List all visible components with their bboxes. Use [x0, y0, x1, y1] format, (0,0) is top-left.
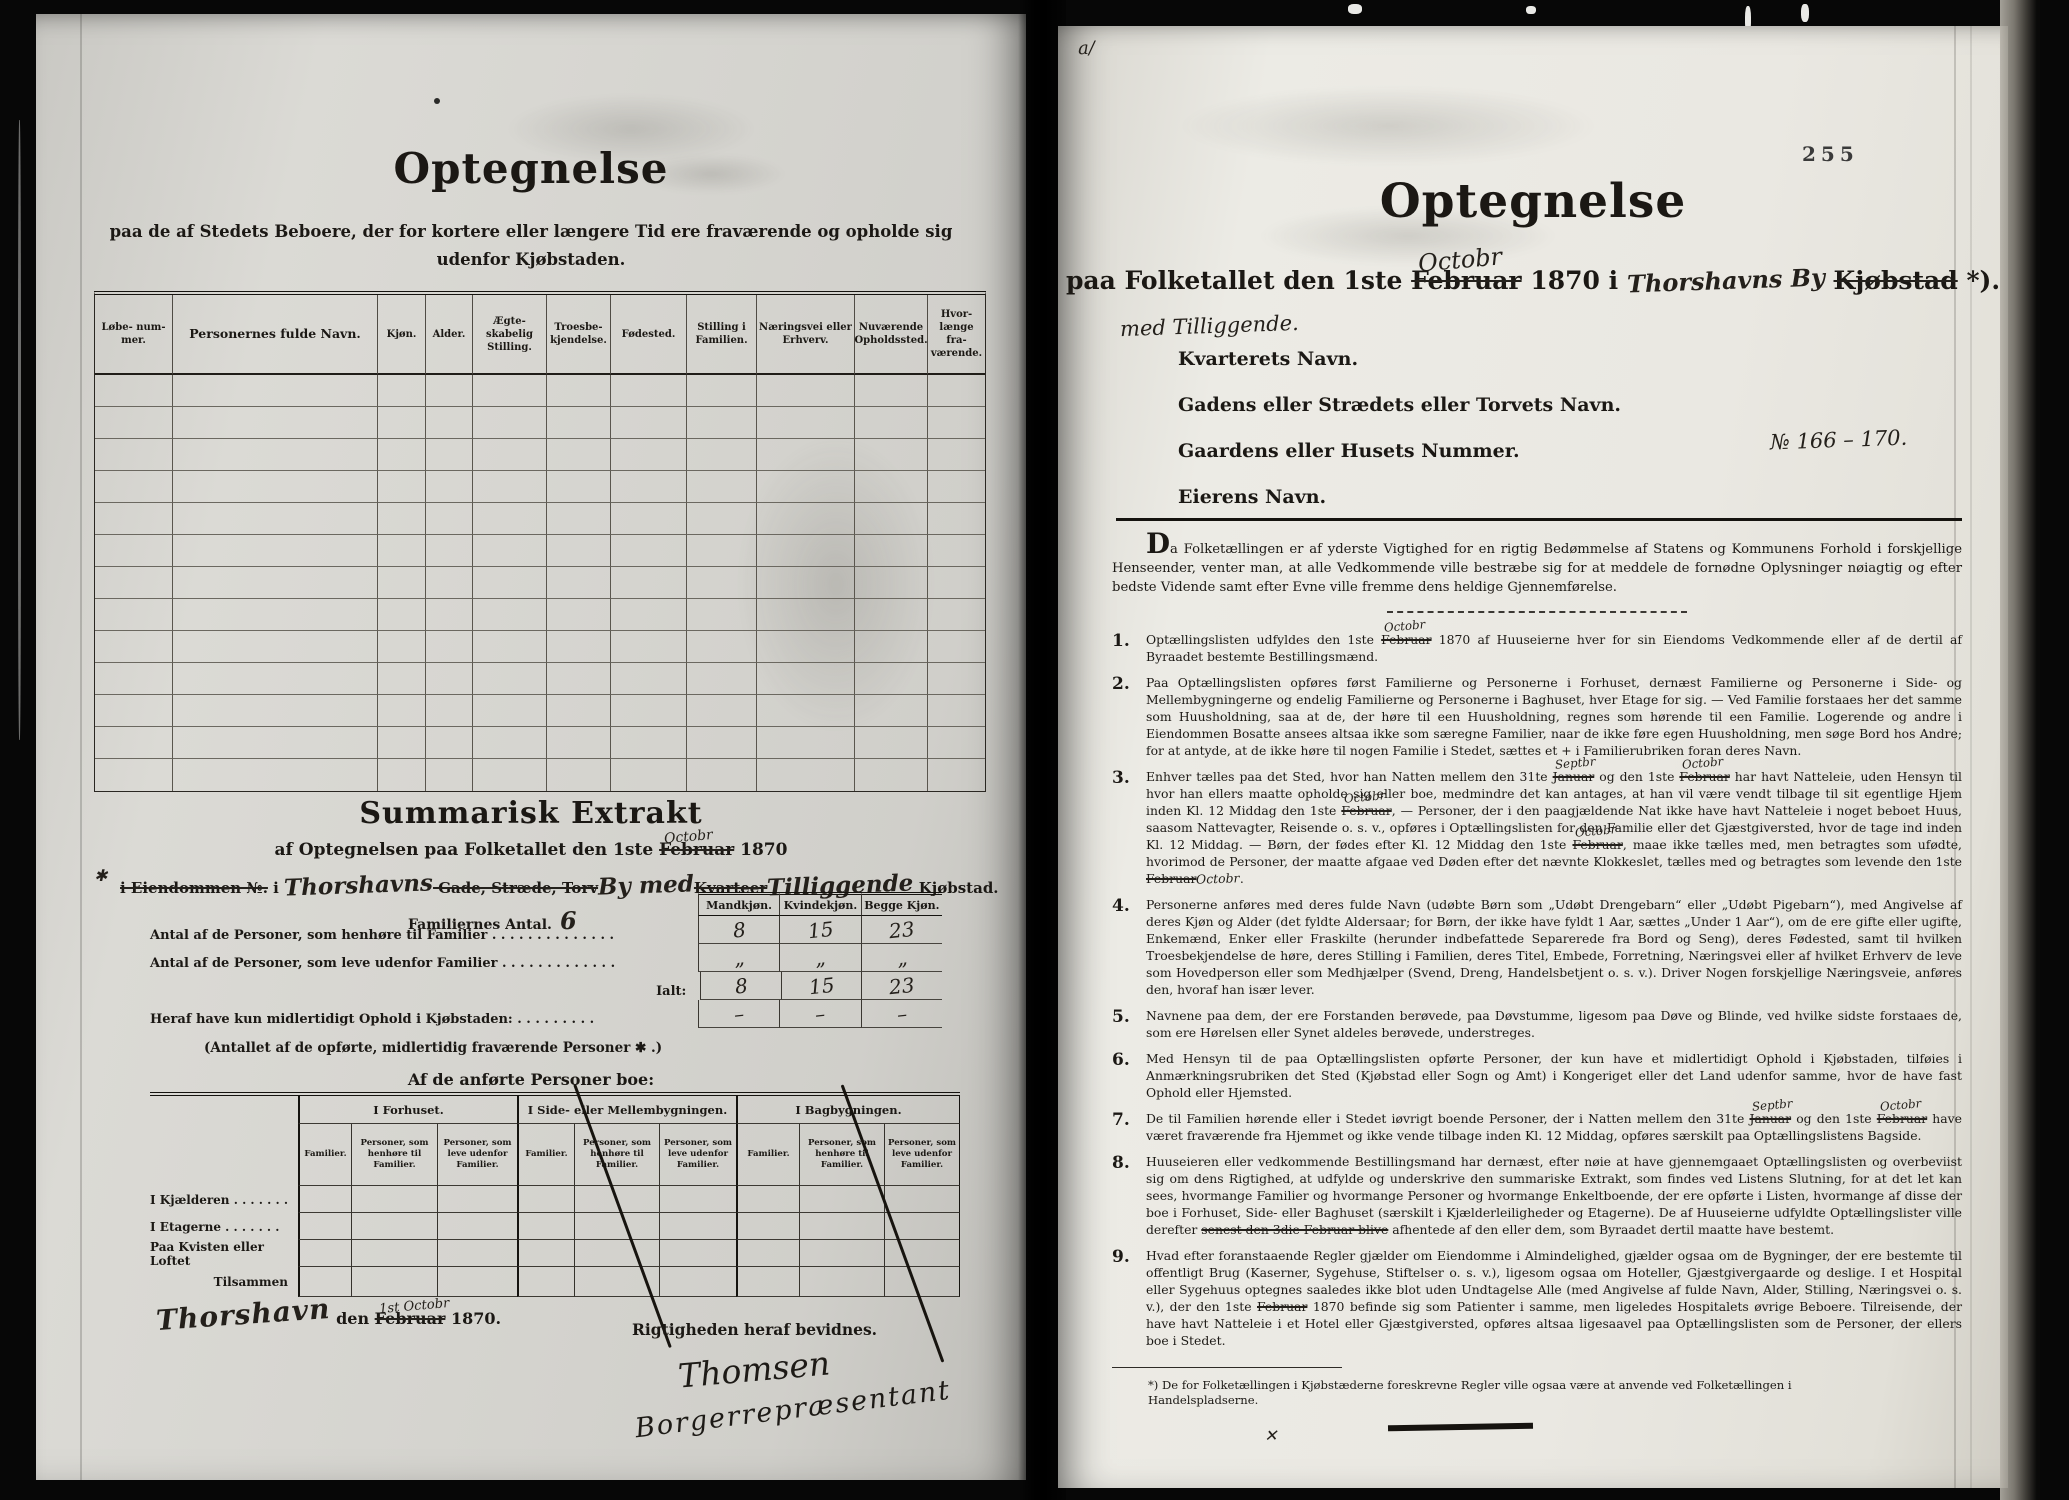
- mini-value-cell: 23: [861, 916, 942, 944]
- residence-empty-cell: [517, 1213, 574, 1240]
- struck-word-with-correction: OctobrFebruar: [1572, 836, 1622, 853]
- column-header: Kjøn.: [378, 295, 426, 375]
- empty-cell: [855, 759, 928, 791]
- empty-cell: [95, 503, 173, 535]
- handwritten-value: „: [895, 945, 908, 970]
- empty-cell: [757, 535, 855, 567]
- empty-cell: [473, 375, 547, 407]
- printed-text: og den 1ste: [1594, 769, 1679, 784]
- intro-paragraph: Da Folketællingen er af yderste Vigtighe…: [1112, 534, 1962, 597]
- extract-note: (Antallet af de opførte, midlertidig fra…: [204, 1040, 662, 1056]
- handwritten-value: –: [896, 1001, 908, 1026]
- residence-empty-cell: [736, 1267, 799, 1297]
- struck-word-with-correction: OctobrFebruar: [1679, 768, 1729, 785]
- residence-empty-cell: [517, 1240, 574, 1267]
- extract-date-line: af Optegnelsen paa Folketallet den 1ste …: [36, 840, 1026, 860]
- empty-cell: [611, 599, 687, 631]
- mini-column-header: Mandkjøn.: [698, 892, 779, 916]
- instruction-item-number: 1.: [1112, 631, 1146, 665]
- empty-cell: [173, 695, 378, 727]
- residence-subcolumn-header: Personer, som leve udenfor Familier.: [884, 1124, 960, 1186]
- instruction-item-text: De til Familien hørende eller i Stedet i…: [1146, 1110, 1962, 1144]
- page-number: 255: [1802, 142, 1859, 166]
- empty-cell: [611, 375, 687, 407]
- empty-cell: [378, 535, 426, 567]
- handwritten-value: 15: [808, 972, 836, 999]
- residence-empty-cell: [437, 1240, 517, 1267]
- printed-text: Optællingslisten udfyldes den 1ste: [1146, 632, 1381, 647]
- census-document-scan: Optegnelse paa de af Stedets Beboere, de…: [0, 0, 2069, 1500]
- form-line-owner-name: Eierens Navn.: [1178, 486, 1326, 508]
- instruction-item: 4.Personerne anføres med deres fulde Nav…: [1112, 896, 1962, 998]
- empty-cell: [855, 503, 928, 535]
- instruction-item: 7.De til Familien hørende eller i Stedet…: [1112, 1110, 1962, 1144]
- handwritten-value: 8: [733, 973, 748, 998]
- mini-table-row: Heraf have kun midlertidigt Ophold i Kjø…: [150, 1000, 942, 1028]
- empty-cell: [928, 631, 985, 663]
- empty-cell: [378, 727, 426, 759]
- instruction-item-number: 3.: [1112, 768, 1146, 887]
- residence-empty-cell: [437, 1267, 517, 1297]
- empty-cell: [426, 407, 473, 439]
- empty-cell: [611, 471, 687, 503]
- column-header: Næringsvei eller Erhverv.: [757, 295, 855, 375]
- printed-text: Enhver tælles paa det Sted, hvor han Nat…: [1146, 769, 1553, 784]
- mini-value-cell: 8: [700, 972, 781, 1000]
- printed-text: *).: [1958, 266, 2000, 295]
- empty-cell: [95, 631, 173, 663]
- empty-cell: [426, 375, 473, 407]
- handwritten-house-number: № 166 – 170.: [1770, 426, 1908, 455]
- residence-empty-cell: [799, 1267, 884, 1297]
- empty-cell: [426, 759, 473, 791]
- residence-empty-cell: [517, 1186, 574, 1213]
- empty-cell: [611, 503, 687, 535]
- printed-text: paa Folketallet den 1ste: [1066, 266, 1411, 295]
- printed-text: Med Hensyn til de paa Optællingslisten o…: [1146, 1051, 1962, 1100]
- residence-subcolumn-header: Familier.: [298, 1124, 351, 1186]
- empty-cell: [547, 695, 611, 727]
- residence-empty-cell: [517, 1267, 574, 1297]
- instruction-item-text: Enhver tælles paa det Sted, hvor han Nat…: [1146, 768, 1962, 887]
- residence-empty-cell: [351, 1240, 437, 1267]
- struck-word-with-correction: OctobrFebruar: [1877, 1110, 1927, 1127]
- instruction-item: 5.Navnene paa dem, der ere Forstanden be…: [1112, 1007, 1962, 1041]
- struck-word-with-correction: OctobrFebruar: [659, 840, 734, 860]
- empty-cell: [547, 759, 611, 791]
- empty-cell: [611, 535, 687, 567]
- empty-cell: [757, 375, 855, 407]
- residence-subcolumn-header: Familier.: [517, 1124, 574, 1186]
- empty-cell: [547, 471, 611, 503]
- empty-cell: [687, 375, 757, 407]
- mini-table-header-row: Mandkjøn.Kvindekjøn.Begge Kjøn.: [150, 892, 942, 916]
- empty-cell: [687, 503, 757, 535]
- column-header: Hvor- længe fra- værende.: [928, 295, 985, 375]
- empty-cell: [855, 567, 928, 599]
- extract-heading: Summarisk Extrakt: [36, 796, 1026, 831]
- printed-text: Personerne anføres med deres fulde Navn …: [1146, 897, 1962, 997]
- printed-text: 1870: [734, 840, 787, 860]
- empty-cell: [687, 407, 757, 439]
- empty-cell: [426, 471, 473, 503]
- bottom-ink-bar: [1388, 1423, 1533, 1432]
- empty-cell: [757, 727, 855, 759]
- instruction-item-number: 5.: [1112, 1007, 1146, 1041]
- residence-label-spacer: [150, 1124, 298, 1186]
- summary-mini-table: Mandkjøn.Kvindekjøn.Begge Kjøn. Antal af…: [150, 892, 942, 1028]
- empty-cell: [473, 535, 547, 567]
- handwritten-med-tilliggende: med Tilliggende.: [1120, 311, 1299, 341]
- empty-cell: [928, 471, 985, 503]
- mini-value-cell: –: [779, 1000, 860, 1028]
- printed-text: afhentede af den eller dem, som Byraadet…: [1388, 1222, 1834, 1237]
- column-header: Løbe- num- mer.: [95, 295, 173, 375]
- residence-empty-cell: [351, 1186, 437, 1213]
- form-line-house-number: Gaardens eller Husets Nummer.: [1178, 440, 1520, 462]
- handwritten-value: 15: [807, 916, 835, 943]
- printed-text: af Optegnelsen paa Folketallet den 1ste: [275, 840, 660, 860]
- empty-cell: [426, 599, 473, 631]
- residence-subcolumn-header: Personer, som henhøre til Familier.: [351, 1124, 437, 1186]
- struck-word-with-correction: SeptbrJanuar: [1553, 768, 1595, 785]
- column-header: Troesbe- kjendelse.: [547, 295, 611, 375]
- left-page: Optegnelse paa de af Stedets Beboere, de…: [36, 14, 1026, 1480]
- empty-cell: [611, 727, 687, 759]
- empty-cell: [855, 663, 928, 695]
- empty-cell: [473, 567, 547, 599]
- empty-cell: [95, 535, 173, 567]
- right-page-title: Optegnelse: [1058, 174, 2008, 229]
- empty-cell: [855, 407, 928, 439]
- empty-cell: [855, 727, 928, 759]
- empty-cell: [95, 567, 173, 599]
- instruction-item: 9.Hvad efter foranstaaende Regler gjælde…: [1112, 1247, 1962, 1349]
- handwritten-text: Octobr: [1196, 869, 1240, 888]
- empty-cell: [547, 439, 611, 471]
- empty-cell: [173, 599, 378, 631]
- instruction-item-text: Paa Optællingslisten opføres først Famil…: [1146, 674, 1962, 759]
- residence-empty-cell: [799, 1186, 884, 1213]
- instruction-item-number: 6.: [1112, 1050, 1146, 1101]
- empty-cell: [426, 663, 473, 695]
- instruction-item-number: 7.: [1112, 1110, 1146, 1144]
- residence-subcolumn-header: Familier.: [736, 1124, 799, 1186]
- empty-cell: [757, 599, 855, 631]
- empty-cell: [757, 695, 855, 727]
- empty-cell: [928, 759, 985, 791]
- empty-cell: [687, 439, 757, 471]
- empty-cell: [757, 407, 855, 439]
- residence-row-label: I Etagerne . . . . . . .: [150, 1213, 298, 1240]
- empty-cell: [611, 663, 687, 695]
- empty-cell: [426, 439, 473, 471]
- printed-text: .: [1240, 871, 1244, 886]
- empty-cell: [378, 439, 426, 471]
- empty-cell: [426, 567, 473, 599]
- empty-cell: [473, 759, 547, 791]
- ink-bleedthrough: [1178, 86, 1598, 166]
- empty-cell: [855, 599, 928, 631]
- paper-edge: [2000, 0, 2040, 1500]
- empty-cell: [855, 695, 928, 727]
- empty-cell: [757, 663, 855, 695]
- instruction-item-text: Navnene paa dem, der ere Forstanden berø…: [1146, 1007, 1962, 1041]
- empty-cell: [95, 375, 173, 407]
- form-line-quarter-name: Kvarterets Navn.: [1178, 348, 1358, 370]
- residence-label-spacer: [150, 1096, 298, 1124]
- handwritten-text: Thorshavn: [155, 1292, 331, 1337]
- empty-cell: [473, 727, 547, 759]
- instruction-item: 8.Huuseieren eller vedkommende Bestillin…: [1112, 1153, 1962, 1238]
- right-page-subtitle: paa Folketallet den 1ste OctobrFebruar 1…: [1058, 266, 2008, 295]
- residence-empty-cell: [659, 1240, 736, 1267]
- instruction-item: 6.Med Hensyn til de paa Optællingslisten…: [1112, 1050, 1962, 1101]
- right-page: a/ 255 Optegnelse paa Folketallet den 1s…: [1058, 26, 2008, 1488]
- empty-cell: [757, 439, 855, 471]
- residence-empty-cell: [736, 1240, 799, 1267]
- handwritten-value: 8: [731, 917, 746, 942]
- printed-text: De til Familien hørende eller i Stedet i…: [1146, 1111, 1749, 1126]
- residence-empty-cell: [884, 1186, 960, 1213]
- empty-cell: [95, 471, 173, 503]
- empty-cell: [473, 439, 547, 471]
- empty-cell: [611, 759, 687, 791]
- instruction-item-number: 8.: [1112, 1153, 1146, 1238]
- empty-cell: [378, 599, 426, 631]
- mini-row-label: Antal af de Personer, som leve udenfor F…: [150, 956, 698, 972]
- empty-cell: [378, 759, 426, 791]
- printed-text: Paa Optællingslisten opføres først Famil…: [1146, 675, 1962, 758]
- handwritten-value: –: [814, 1001, 826, 1026]
- empty-cell: [687, 727, 757, 759]
- printed-text: og den 1ste: [1791, 1111, 1877, 1126]
- empty-cell: [473, 631, 547, 663]
- instruction-item-text: Hvad efter foranstaaende Regler gjælder …: [1146, 1247, 1962, 1349]
- empty-cell: [928, 567, 985, 599]
- empty-cell: [928, 375, 985, 407]
- mini-value-cell: „: [861, 944, 942, 972]
- empty-cell: [426, 695, 473, 727]
- instruction-item-text: Med Hensyn til de paa Optællingslisten o…: [1146, 1050, 1962, 1101]
- residence-empty-cell: [351, 1267, 437, 1297]
- empty-cell: [95, 663, 173, 695]
- mini-row-label: Antal af de Personer, som henhøre til Fa…: [150, 928, 698, 944]
- empty-cell: [173, 503, 378, 535]
- empty-cell: [173, 727, 378, 759]
- instruction-item: 2.Paa Optællingslisten opføres først Fam…: [1112, 674, 1962, 759]
- residence-row-label: Paa Kvisten eller Loftet: [150, 1240, 298, 1267]
- empty-cell: [855, 471, 928, 503]
- handwritten-text: Thorshavns By: [1626, 263, 1825, 299]
- left-page-subtitle-line1: paa de af Stedets Beboere, der for korte…: [76, 222, 986, 241]
- struck-word-with-correction: SeptbrJanuar: [1749, 1110, 1791, 1127]
- empty-cell: [426, 503, 473, 535]
- scan-speck: [1801, 4, 1809, 22]
- empty-cell: [757, 631, 855, 663]
- residence-empty-cell: [574, 1240, 659, 1267]
- residence-empty-cell: [298, 1213, 351, 1240]
- mini-value-cell: 8: [698, 916, 779, 944]
- mini-column-header: Begge Kjøn.: [861, 892, 942, 916]
- residence-empty-cell: [736, 1213, 799, 1240]
- empty-cell: [378, 471, 426, 503]
- empty-cell: [855, 631, 928, 663]
- footnote-text: *) De for Folketællingen i Kjøbstæderne …: [1112, 1378, 1888, 1408]
- left-footer-date-line: Thorshavn den 1st OctobrFebruar 1870.: [156, 1298, 501, 1331]
- empty-cell: [473, 471, 547, 503]
- empty-cell: [378, 503, 426, 535]
- struck-word-with-correction: OctobrFebruar: [1411, 266, 1522, 295]
- residence-empty-cell: [659, 1186, 736, 1213]
- printed-text: 1870.: [445, 1309, 501, 1328]
- empty-cell: [687, 631, 757, 663]
- handwritten-value: „: [814, 945, 827, 970]
- scan-speck: [1348, 4, 1362, 14]
- empty-cell: [687, 599, 757, 631]
- empty-cell: [473, 695, 547, 727]
- empty-cell: [611, 439, 687, 471]
- signature: Thomsen: [677, 1343, 832, 1395]
- empty-cell: [547, 663, 611, 695]
- instruction-item-number: 9.: [1112, 1247, 1146, 1349]
- residence-empty-cell: [659, 1213, 736, 1240]
- struck-word-with-correction: OctobrFebruar: [1341, 802, 1391, 819]
- empty-cell: [426, 727, 473, 759]
- empty-cell: [547, 631, 611, 663]
- residence-empty-cell: [298, 1240, 351, 1267]
- empty-cell: [687, 695, 757, 727]
- column-header: Nuværende Opholdssted.: [855, 295, 928, 375]
- printed-text: 1870 i: [1522, 266, 1627, 295]
- empty-cell: [687, 759, 757, 791]
- empty-cell: [547, 535, 611, 567]
- mini-value-cell: 15: [779, 916, 860, 944]
- column-header: Stilling i Familien.: [687, 295, 757, 375]
- empty-cell: [611, 407, 687, 439]
- residence-group-header: I Side- eller Mellembygningen.: [517, 1096, 736, 1124]
- instruction-item-number: 4.: [1112, 896, 1146, 998]
- empty-cell: [928, 407, 985, 439]
- empty-cell: [855, 535, 928, 567]
- empty-cell: [687, 567, 757, 599]
- empty-cell: [473, 407, 547, 439]
- empty-cell: [173, 663, 378, 695]
- empty-cell: [928, 503, 985, 535]
- residence-subcolumn-header: Personer, som henhøre til Familier.: [799, 1124, 884, 1186]
- mini-row-label: Heraf have kun midlertidigt Ophold i Kjø…: [150, 1012, 698, 1028]
- instruction-item-text: Huuseieren eller vedkommende Bestillings…: [1146, 1153, 1962, 1238]
- empty-cell: [378, 375, 426, 407]
- empty-cell: [173, 471, 378, 503]
- empty-cell: [547, 375, 611, 407]
- struck-word-with-correction: OctobrFebruar: [1381, 631, 1431, 648]
- empty-cell: [855, 375, 928, 407]
- instruction-item: 1.Optællingslisten udfyldes den 1ste Oct…: [1112, 631, 1962, 665]
- empty-cell: [173, 567, 378, 599]
- printed-text: Navnene paa dem, der ere Forstanden berø…: [1146, 1008, 1962, 1040]
- empty-cell: [426, 631, 473, 663]
- empty-cell: [687, 471, 757, 503]
- empty-cell: [687, 663, 757, 695]
- mini-column-header: Kvindekjøn.: [779, 892, 860, 916]
- printed-text: [1825, 266, 1834, 295]
- empty-cell: [687, 535, 757, 567]
- residence-empty-cell: [659, 1267, 736, 1297]
- mini-table-row: Antal af de Personer, som henhøre til Fa…: [150, 916, 942, 944]
- empty-cell: [426, 535, 473, 567]
- residence-empty-cell: [884, 1240, 960, 1267]
- column-header: Ægte- skabelig Stilling.: [473, 295, 547, 375]
- empty-cell: [547, 599, 611, 631]
- absence-table: Løbe- num- mer.Personernes fulde Navn.Kj…: [94, 291, 986, 792]
- residence-heading: Af de anførte Personer boe:: [36, 1070, 1026, 1089]
- empty-cell: [173, 631, 378, 663]
- empty-cell: [473, 663, 547, 695]
- empty-cell: [928, 663, 985, 695]
- column-header: Alder.: [426, 295, 473, 375]
- empty-cell: [928, 599, 985, 631]
- empty-cell: [757, 471, 855, 503]
- form-line-street-name: Gadens eller Strædets eller Torvets Navn…: [1178, 394, 1621, 416]
- empty-cell: [611, 695, 687, 727]
- handwritten-x-mark: ✕: [1264, 1426, 1278, 1445]
- empty-cell: [547, 407, 611, 439]
- mini-value-cell: 23: [861, 972, 942, 1000]
- printed-text: den: [331, 1309, 375, 1328]
- empty-cell: [378, 663, 426, 695]
- residence-group-header: I Forhuset.: [298, 1096, 517, 1124]
- instruction-item-text: Personerne anføres med deres fulde Navn …: [1146, 896, 1962, 998]
- empty-cell: [378, 695, 426, 727]
- mini-table-row: Antal af de Personer, som leve udenfor F…: [150, 944, 942, 972]
- mini-value-cell: 15: [781, 972, 862, 1000]
- residence-empty-cell: [574, 1213, 659, 1240]
- empty-cell: [928, 439, 985, 471]
- residence-empty-cell: [799, 1213, 884, 1240]
- handwritten-value: –: [733, 1001, 745, 1026]
- page-edge-highlight: [18, 120, 21, 740]
- empty-cell: [473, 599, 547, 631]
- empty-cell: [611, 631, 687, 663]
- mini-value-cell: –: [861, 1000, 942, 1028]
- residence-row-label: I Kjælderen . . . . . . .: [150, 1186, 298, 1213]
- left-page-subtitle-line2: udenfor Kjøbstaden.: [76, 250, 986, 269]
- residence-empty-cell: [437, 1186, 517, 1213]
- column-header: Personernes fulde Navn.: [173, 295, 378, 375]
- struck-word: senest den 3die Februar blive: [1201, 1222, 1388, 1237]
- mini-table-rows: Antal af de Personer, som henhøre til Fa…: [150, 916, 942, 1028]
- instruction-item-text: Optællingslisten udfyldes den 1ste Octob…: [1146, 631, 1962, 665]
- handwritten-value: 23: [888, 916, 916, 943]
- empty-cell: [173, 375, 378, 407]
- residence-empty-cell: [437, 1213, 517, 1240]
- empty-cell: [928, 535, 985, 567]
- struck-word: Februar: [1146, 871, 1196, 886]
- empty-cell: [473, 503, 547, 535]
- mini-value-cell: –: [698, 1000, 779, 1028]
- instruction-items: 1.Optællingslisten udfyldes den 1ste Oct…: [1112, 631, 1962, 1349]
- handwritten-value: „: [733, 945, 746, 970]
- residence-empty-cell: [351, 1213, 437, 1240]
- footnote-rule: [1112, 1367, 1342, 1368]
- empty-cell: [757, 503, 855, 535]
- empty-cell: [547, 567, 611, 599]
- residence-empty-cell: [736, 1186, 799, 1213]
- ink-dot: [434, 98, 440, 104]
- mini-value-cell: „: [698, 944, 779, 972]
- empty-cell: [95, 727, 173, 759]
